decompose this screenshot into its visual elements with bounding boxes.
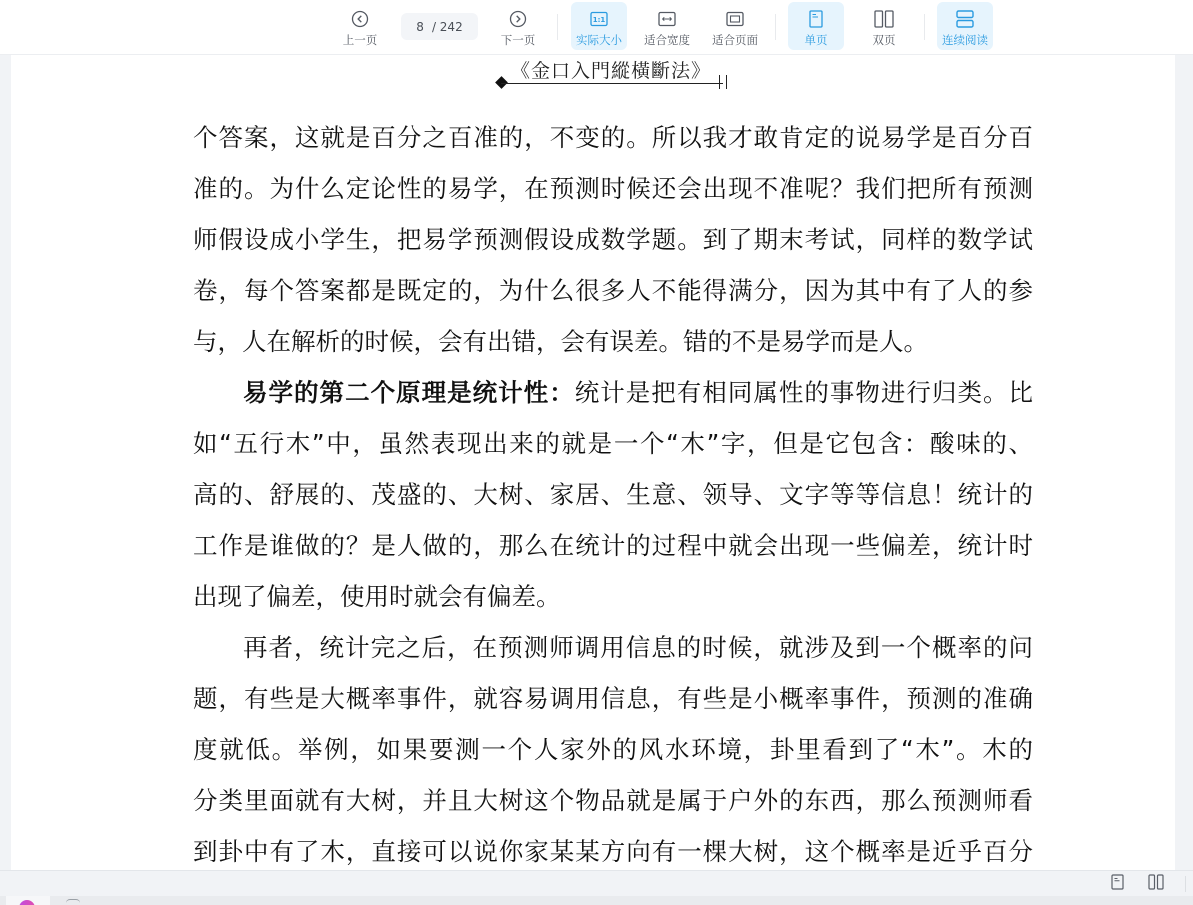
text-line: 出现了偏差，使用时就会有偏差。: [193, 571, 1033, 622]
double-page-icon: [874, 8, 894, 30]
continuous-read-button[interactable]: 连续阅读: [937, 2, 993, 50]
text-span: 统计是把有相同属性的事物进行归类。比: [575, 378, 1033, 407]
double-page-button[interactable]: 双页: [856, 2, 912, 50]
text-line: 与，人在解析的时候，会有出错，会有误差。错的不是易学而是人。: [193, 316, 1033, 367]
toolbar-divider: [557, 14, 558, 40]
text-line: 高的、舒展的、茂盛的、大树、家居、生意、领导、文字等等信息！统计的: [193, 469, 1033, 520]
page-number-input[interactable]: 8 / 242: [401, 13, 478, 40]
text-line: 度就低。举例，如果要测一个人家外的风水环境，卦里看到了“木”。木的: [193, 724, 1033, 775]
taskbar-app-button[interactable]: [6, 896, 50, 905]
continuous-read-icon: [956, 8, 974, 30]
text-line: 个答案，这就是百分之百准的，不变的。所以我才敢肯定的说易学是百分百: [193, 112, 1033, 163]
checkmark-app-icon: [66, 899, 80, 905]
single-page-label: 单页: [805, 32, 828, 48]
bold-lead-in: 易学的第二个原理是统计性：: [243, 378, 575, 407]
actual-size-icon: 1:1: [590, 8, 608, 30]
double-page-icon: [1148, 874, 1164, 894]
header-rule: [501, 83, 723, 84]
double-bar-ornament-icon: [719, 75, 727, 89]
text-line: 再者，统计完之后，在预测师调用信息的时候，就涉及到一个概率的问: [193, 622, 1033, 673]
chevron-left-circle-icon: [351, 8, 369, 30]
next-page-button[interactable]: 下一页: [494, 2, 542, 50]
status-single-page-button[interactable]: [1108, 875, 1126, 893]
text-line: 卷，每个答案都是既定的，为什么很多人不能得满分，因为其中有了人的参: [193, 265, 1033, 316]
current-page: 8: [416, 20, 424, 34]
text-line: 分类里面就有大树，并且大树这个物品就是属于户外的东西，那么预测师看: [193, 775, 1033, 826]
text-line: 到卦中有了木，直接可以说你家某某方向有一棵大树，这个概率是近乎百分: [193, 826, 1033, 870]
fit-page-label: 适合页面: [712, 32, 758, 48]
text-line-heading-paragraph: 易学的第二个原理是统计性：统计是把有相同属性的事物进行归类。比: [193, 367, 1033, 418]
document-page: 《金口入門縱橫斷法》 个答案，这就是百分之百准的，不变的。所以我才敢肯定的说易学…: [11, 50, 1175, 870]
prev-page-button[interactable]: 上一页: [336, 2, 384, 50]
actual-size-button[interactable]: 1:1 实际大小: [571, 2, 627, 50]
running-header-text: 《金口入門縱橫斷法》: [511, 56, 711, 83]
continuous-read-label: 连续阅读: [942, 32, 988, 48]
single-page-icon: [1111, 874, 1124, 894]
app-logo-icon: [19, 900, 35, 905]
prev-page-label: 上一页: [343, 32, 378, 48]
total-pages: / 242: [432, 20, 463, 34]
text-line: 如“五行木”中，虽然表现出来的就是一个“木”字，但是它包含：酸味的、: [193, 418, 1033, 469]
running-header: 《金口入門縱橫斷法》: [489, 56, 739, 96]
right-gutter: [1175, 50, 1193, 870]
status-bar: [0, 870, 1193, 897]
toolbar-divider: [775, 14, 776, 40]
text-line: 师假设成小学生，把易学预测假设成数学题。到了期末考试，同样的数学试: [193, 214, 1033, 265]
fit-page-button[interactable]: 适合页面: [707, 2, 763, 50]
taskbar: [0, 896, 1193, 905]
double-page-label: 双页: [873, 32, 896, 48]
toolbar-divider: [924, 14, 925, 40]
text-line: 准的。为什么定论性的易学，在预测时候还会出现不准呢？我们把所有预测: [193, 163, 1033, 214]
status-divider: [1185, 876, 1186, 892]
next-page-label: 下一页: [501, 32, 536, 48]
fit-width-icon: [658, 8, 676, 30]
text-line: 题，有些是大概率事件，就容易调用信息，有些是小概率事件，预测的准确: [193, 673, 1033, 724]
svg-text:1:1: 1:1: [593, 16, 606, 24]
document-body: 个答案，这就是百分之百准的，不变的。所以我才敢肯定的说易学是百分百 准的。为什么…: [193, 112, 1033, 870]
taskbar-app-button[interactable]: [58, 896, 88, 905]
viewer-toolbar: 上一页 8 / 242 下一页 1:1 实际大小 适合宽度 适合页面 单页: [0, 0, 1193, 55]
status-double-page-button[interactable]: [1147, 875, 1165, 893]
single-page-icon: [809, 8, 823, 30]
fit-width-label: 适合宽度: [644, 32, 690, 48]
single-page-button[interactable]: 单页: [788, 2, 844, 50]
text-line: 工作是谁做的？是人做的，那么在统计的过程中就会出现一些偏差，统计时: [193, 520, 1033, 571]
chevron-right-circle-icon: [509, 8, 527, 30]
left-gutter: [0, 50, 11, 870]
fit-page-icon: [726, 8, 744, 30]
fit-width-button[interactable]: 适合宽度: [639, 2, 695, 50]
actual-size-label: 实际大小: [576, 32, 622, 48]
